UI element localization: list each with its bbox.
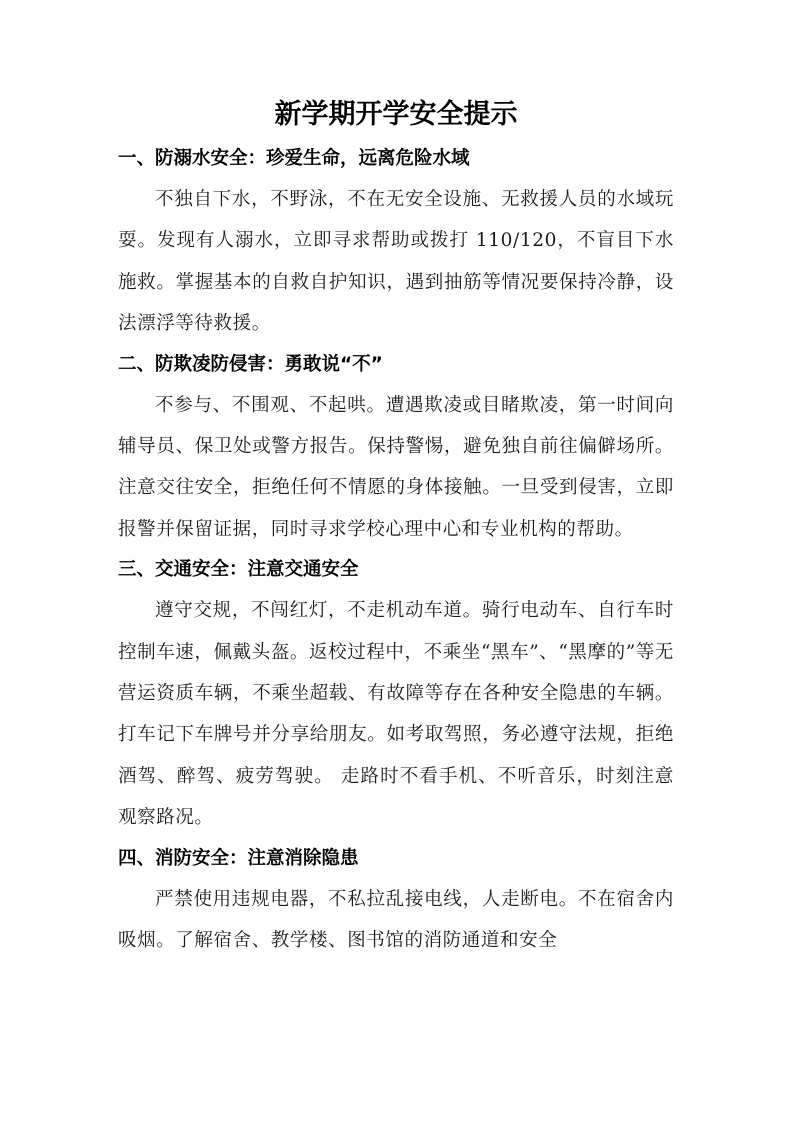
section-anti-bullying: 二、防欺凌防侵害：勇敢说“不” 不参与、不围观、不起哄。遭遇欺凌或目睹欺凌，第一… bbox=[118, 345, 674, 551]
section-body: 不参与、不围观、不起哄。遭遇欺凌或目睹欺凌，第一时间向辅导员、保卫处或警方报告。… bbox=[118, 385, 674, 551]
section-fire-safety: 四、消防安全：注意消除隐患 严禁使用违规电器，不私拉乱接电线，人走断电。不在宿舍… bbox=[118, 839, 674, 962]
section-heading: 四、消防安全：注意消除隐患 bbox=[118, 839, 674, 879]
section-heading: 一、防溺水安全：珍爱生命，远离危险水域 bbox=[118, 139, 674, 179]
section-body: 严禁使用违规电器，不私拉乱接电线，人走断电。不在宿舍内吸烟。了解宿舍、教学楼、图… bbox=[118, 879, 674, 962]
section-traffic-safety: 三、交通安全：注意交通安全 遵守交规，不闯红灯，不走机动车道。骑行电动车、自行车… bbox=[118, 550, 674, 838]
section-body: 遵守交规，不闯红灯，不走机动车道。骑行电动车、自行车时控制车速，佩戴头盔。返校过… bbox=[118, 590, 674, 838]
section-body: 不独自下水，不野泳，不在无安全设施、无救援人员的水域玩耍。发现有人溺水，立即寻求… bbox=[118, 179, 674, 345]
section-heading: 二、防欺凌防侵害：勇敢说“不” bbox=[118, 345, 674, 385]
section-drowning-prevention: 一、防溺水安全：珍爱生命，远离危险水域 不独自下水，不野泳，不在无安全设施、无救… bbox=[118, 139, 674, 345]
document-page: 新学期开学安全提示 一、防溺水安全：珍爱生命，远离危险水域 不独自下水，不野泳，… bbox=[118, 94, 674, 962]
section-heading: 三、交通安全：注意交通安全 bbox=[118, 550, 674, 590]
document-title: 新学期开学安全提示 bbox=[118, 94, 674, 136]
